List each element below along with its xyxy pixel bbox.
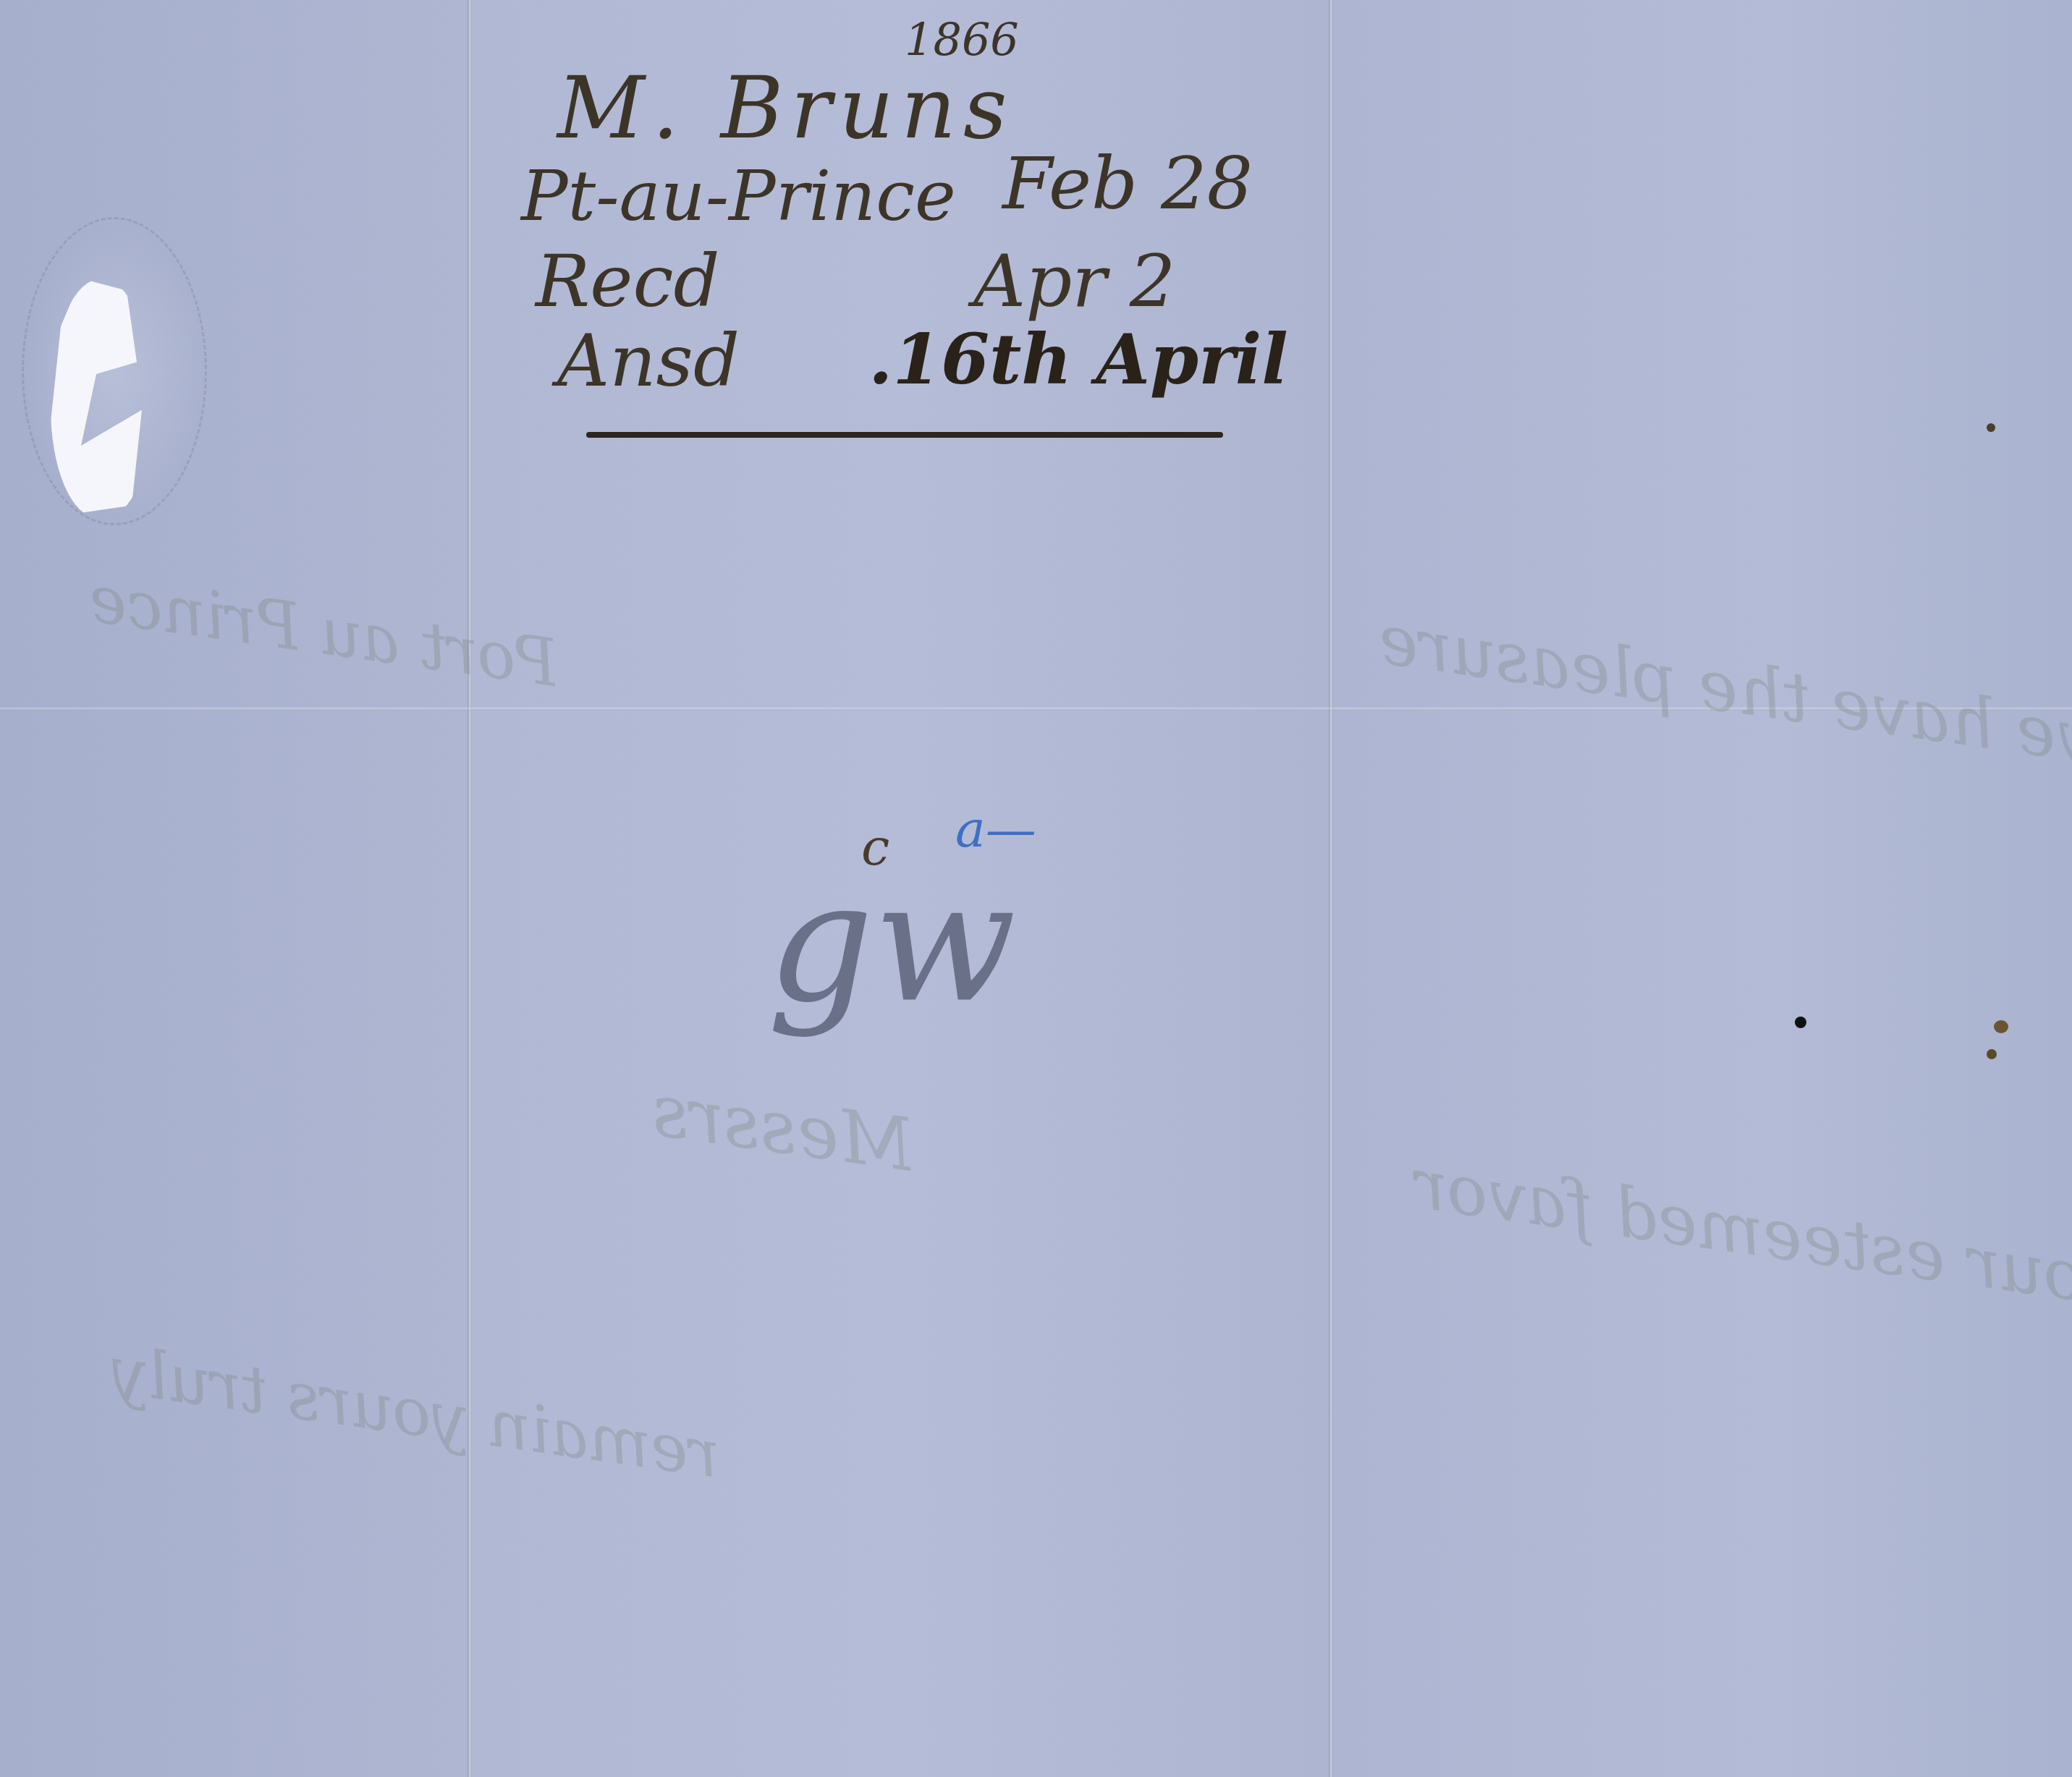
stain-dot [1994,1020,2008,1033]
ink-dot [1795,1017,1806,1028]
docket-answered-date: .16th April [868,318,1288,400]
docket-sent-date: Feb 28 [1002,141,1253,226]
letter-sheet: Port au Prince Messrs we have the pleasu… [0,0,2072,1777]
docket-sender: M. Bruns [557,58,1015,158]
ink-small-annotation: c [861,818,889,877]
vertical-fold-left [468,0,472,1777]
docket-received-date: Apr 2 [973,239,1175,323]
pencil-annotation: gw [767,847,1016,1040]
blue-pencil-annotation: a— [955,800,1036,859]
stain-dot [1987,1049,1997,1059]
docket-received-label: Recd [536,239,720,323]
vertical-fold-right [1329,0,1333,1777]
docket-answered-label: Ansd [557,318,740,403]
right-fold-panel [1332,0,2072,1777]
docket-place: Pt-au-Prince [521,156,956,237]
stain-dot [1987,423,1995,432]
docket-flourish-underline [586,432,1223,438]
